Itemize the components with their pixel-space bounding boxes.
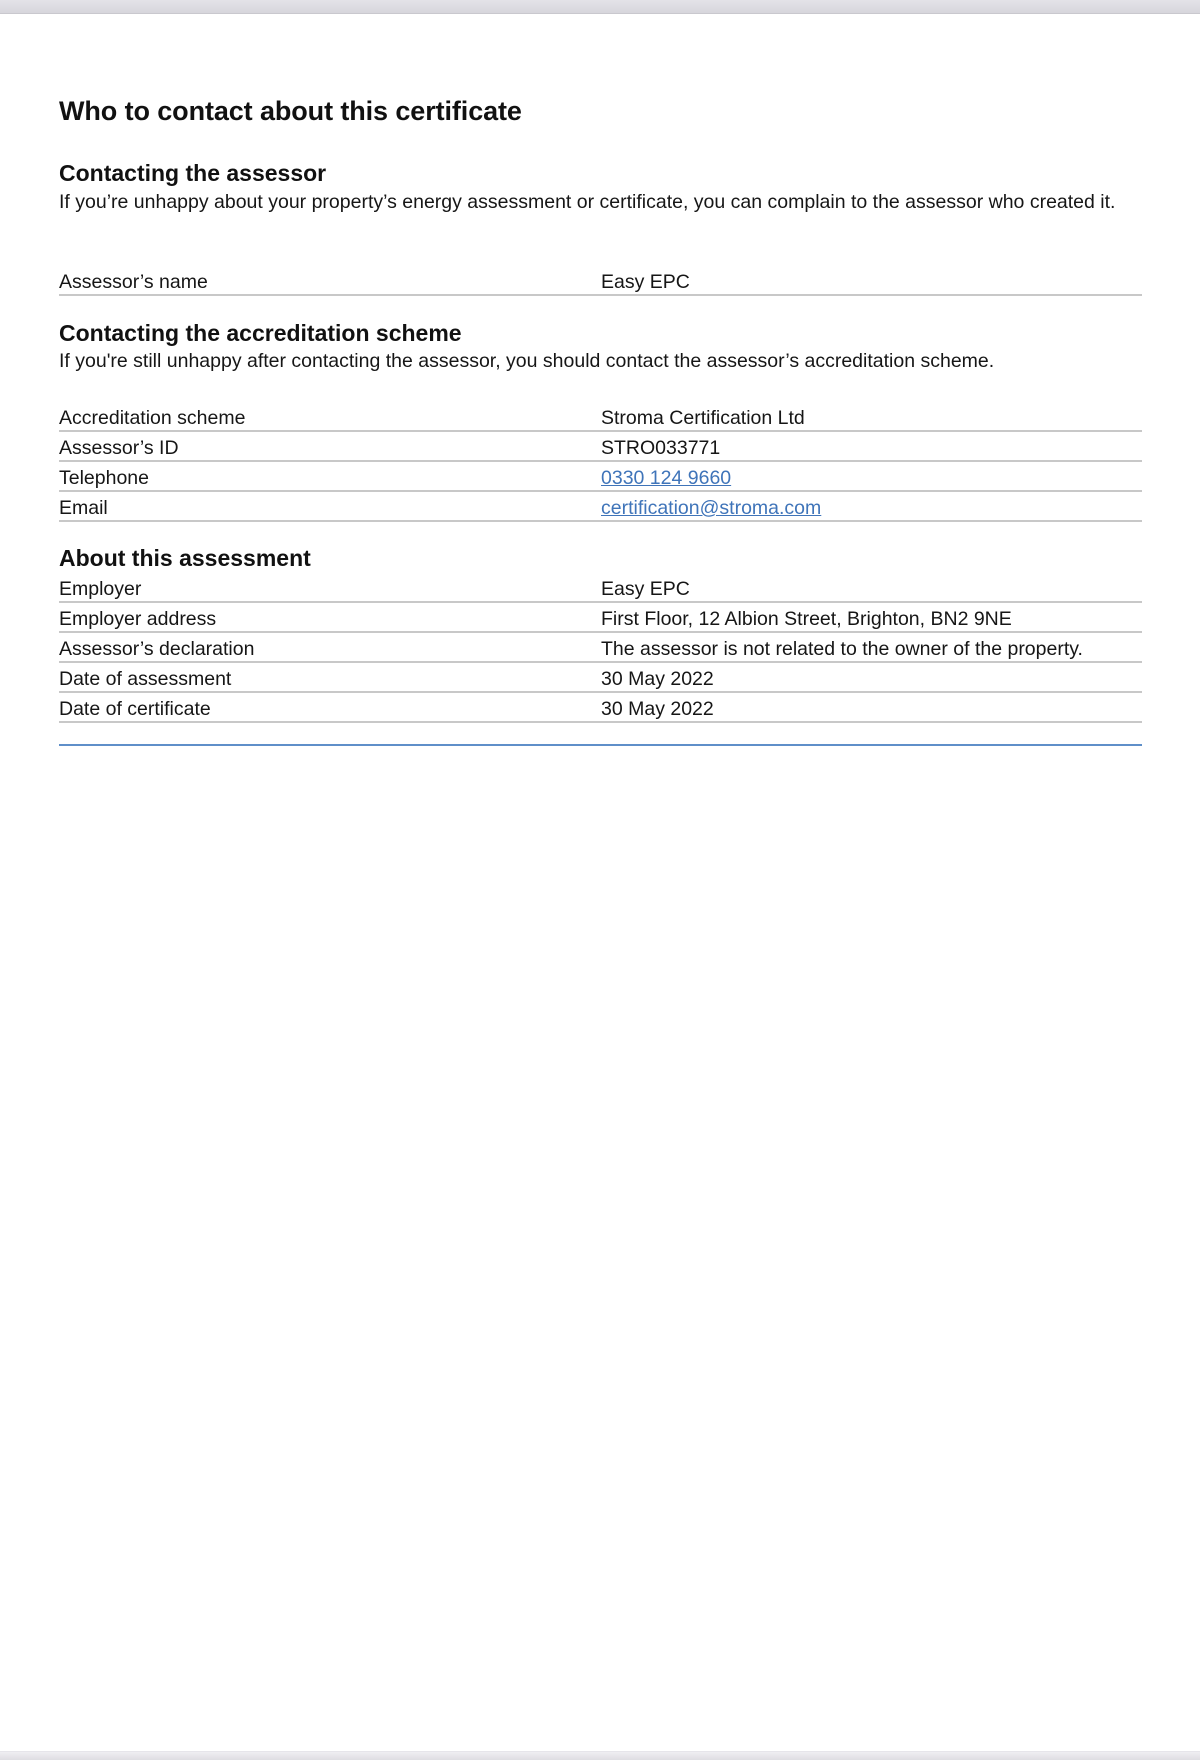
table-row: Assessor’s declaration The assessor is n… — [59, 635, 1142, 663]
assessor-name-value: Easy EPC — [601, 271, 690, 293]
assessor-section-heading: Contacting the assessor — [59, 160, 326, 187]
employer-address-value: First Floor, 12 Albion Street, Brighton,… — [601, 608, 1012, 630]
date-of-assessment-label: Date of assessment — [59, 668, 231, 690]
top-scroll-edge — [0, 0, 1200, 14]
accreditation-scheme-label: Accreditation scheme — [59, 407, 245, 429]
table-row: Employer Easy EPC — [59, 575, 1142, 603]
table-row: Assessor’s ID STRO033771 — [59, 434, 1142, 462]
assessor-declaration-value: The assessor is not related to the owner… — [601, 638, 1083, 660]
table-row: Date of certificate 30 May 2022 — [59, 695, 1142, 723]
page-title: Who to contact about this certificate — [59, 96, 522, 127]
table-row: Date of assessment 30 May 2022 — [59, 665, 1142, 693]
assessor-declaration-label: Assessor’s declaration — [59, 638, 254, 660]
accreditation-scheme-value: Stroma Certification Ltd — [601, 407, 805, 429]
email-label: Email — [59, 497, 108, 519]
employer-address-label: Employer address — [59, 608, 216, 630]
about-table: Employer Easy EPC Employer address First… — [59, 575, 1142, 725]
table-row: Email certification@stroma.com — [59, 494, 1142, 522]
scheme-section-heading: Contacting the accreditation scheme — [59, 320, 462, 347]
table-row: Employer address First Floor, 12 Albion … — [59, 605, 1142, 633]
table-row: Telephone 0330 124 9660 — [59, 464, 1142, 492]
assessor-id-value: STRO033771 — [601, 437, 720, 459]
telephone-link[interactable]: 0330 124 9660 — [601, 467, 731, 489]
telephone-label: Telephone — [59, 467, 149, 489]
assessor-table: Assessor’s name Easy EPC — [59, 268, 1142, 298]
table-row: Assessor’s name Easy EPC — [59, 268, 1142, 296]
scheme-table: Accreditation scheme Stroma Certificatio… — [59, 404, 1142, 524]
date-of-assessment-value: 30 May 2022 — [601, 668, 714, 690]
date-of-certificate-value: 30 May 2022 — [601, 698, 714, 720]
employer-value: Easy EPC — [601, 578, 690, 600]
section-end-divider — [59, 744, 1142, 746]
bottom-scroll-edge — [0, 1751, 1200, 1760]
employer-label: Employer — [59, 578, 141, 600]
table-row: Accreditation scheme Stroma Certificatio… — [59, 404, 1142, 432]
about-section-heading: About this assessment — [59, 545, 311, 572]
email-link[interactable]: certification@stroma.com — [601, 497, 821, 519]
assessor-name-label: Assessor’s name — [59, 271, 208, 293]
assessor-section-description: If you’re unhappy about your property’s … — [59, 191, 1142, 213]
date-of-certificate-label: Date of certificate — [59, 698, 211, 720]
scheme-section-description: If you're still unhappy after contacting… — [59, 350, 1142, 372]
assessor-id-label: Assessor’s ID — [59, 437, 179, 459]
